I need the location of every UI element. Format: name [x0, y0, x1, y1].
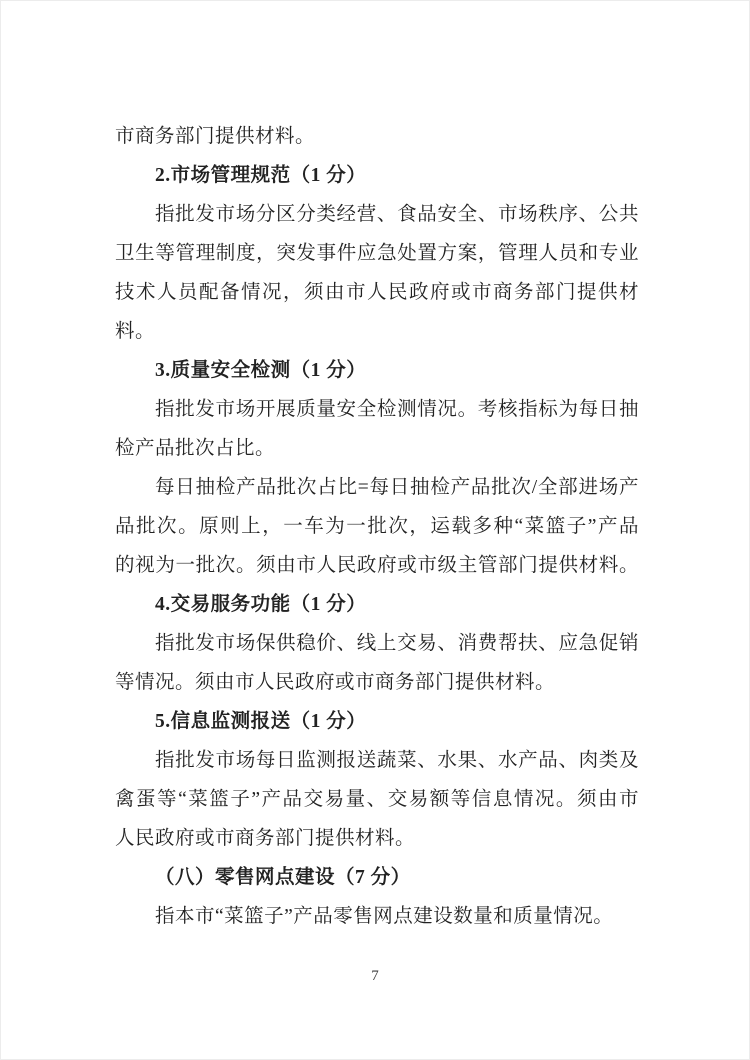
- text-line: 料。: [115, 312, 639, 351]
- text-line: 指批发市场开展质量安全检测情况。考核指标为每日抽: [115, 390, 639, 429]
- text-line: 每日抽检产品批次占比=每日抽检产品批次/全部进场产: [115, 468, 639, 507]
- text-line: 品批次。原则上，一车为一批次，运载多种“菜篮子”产品: [115, 507, 639, 546]
- text-line: 人民政府或市商务部门提供材料。: [115, 819, 639, 858]
- text-line: 禽蛋等“菜篮子”产品交易量、交易额等信息情况。须由市: [115, 780, 639, 819]
- text-line: 卫生等管理制度，突发事件应急处置方案，管理人员和专业: [115, 234, 639, 273]
- page-content: 市商务部门提供材料。2.市场管理规范（1 分）指批发市场分区分类经营、食品安全、…: [115, 117, 639, 936]
- text-line: 的视为一批次。须由市人民政府或市级主管部门提供材料。: [115, 546, 639, 585]
- text-line: 技术人员配备情况，须由市人民政府或市商务部门提供材: [115, 273, 639, 312]
- text-line: 等情况。须由市人民政府或市商务部门提供材料。: [115, 663, 639, 702]
- text-line: 指本市“菜篮子”产品零售网点建设数量和质量情况。: [115, 897, 639, 936]
- text-line: 指批发市场分区分类经营、食品安全、市场秩序、公共: [115, 195, 639, 234]
- section-heading: 3.质量安全检测（1 分）: [115, 351, 639, 390]
- text-line: 市商务部门提供材料。: [115, 117, 639, 156]
- page-number: 7: [1, 966, 749, 986]
- text-line: 检产品批次占比。: [115, 429, 639, 468]
- text-line: 指批发市场每日监测报送蔬菜、水果、水产品、肉类及: [115, 741, 639, 780]
- section-heading: （八）零售网点建设（7 分）: [115, 858, 639, 897]
- text-line: 指批发市场保供稳价、线上交易、消费帮扶、应急促销: [115, 624, 639, 663]
- document-page: 市商务部门提供材料。2.市场管理规范（1 分）指批发市场分区分类经营、食品安全、…: [0, 0, 750, 1060]
- section-heading: 5.信息监测报送（1 分）: [115, 702, 639, 741]
- section-heading: 4.交易服务功能（1 分）: [115, 585, 639, 624]
- section-heading: 2.市场管理规范（1 分）: [115, 156, 639, 195]
